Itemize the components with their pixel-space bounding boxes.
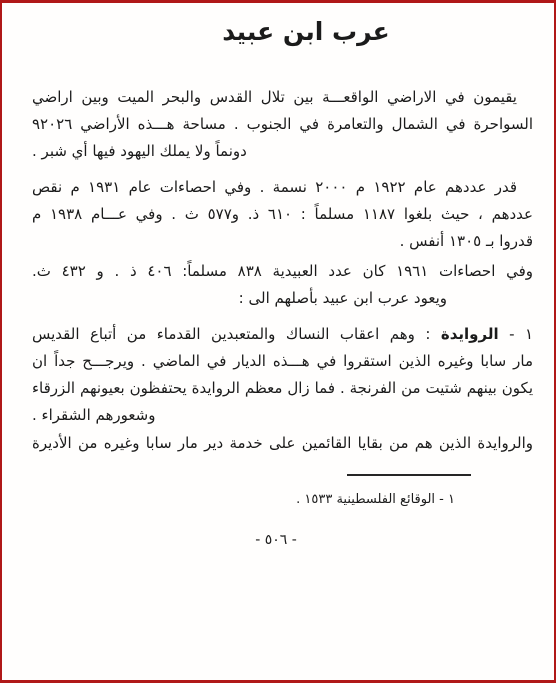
text-line: وشعورهم الشقراء . <box>32 402 533 429</box>
text-line: يقيمون في الاراضي الواقعـــة بين تلال ال… <box>32 84 533 111</box>
text-line: دونماً ولا يملك اليهود فيها أي شبر . <box>32 138 533 165</box>
paragraph-5: والروايدة الذين هم من بقايا القائمين على… <box>32 430 533 457</box>
text-line: يكون بينهم شتيت من الفرنجة . فما زال معظ… <box>32 375 533 402</box>
text-line: ١ - الروايدة : وهم اعقاب النساك والمتعبد… <box>32 321 533 348</box>
page-title: عرب ابن عبيد <box>190 15 422 49</box>
paragraph-2: قدر عددهم عام ١٩٢٢ م ٢٠٠٠ نسمة . وفي احص… <box>32 174 533 255</box>
text-run: : وهم اعقاب النساك والمتعبدين القدماء من… <box>32 325 441 343</box>
text-line: مار سابا وغيره الذين استقروا في هـــذه ا… <box>32 348 533 375</box>
footnote: ١ - الوقائع الفلسطينية ١٥٣٣ . <box>202 489 455 511</box>
paragraph-1: يقيمون في الاراضي الواقعـــة بين تلال ال… <box>32 84 533 165</box>
text-line: والروايدة الذين هم من بقايا القائمين على… <box>32 430 533 457</box>
footnote-separator <box>347 474 471 476</box>
text-line: قدر عددهم عام ١٩٢٢ م ٢٠٠٠ نسمة . وفي احص… <box>32 174 533 201</box>
term-rawaida: الروايدة <box>441 325 499 343</box>
text-line: وفي احصاءات ١٩٦١ كان عدد العبيدية ٨٣٨ مس… <box>32 258 533 285</box>
text-line: ويعود عرب ابن عبيد بأصلهم الى : <box>32 285 533 312</box>
list-item-number: ١ - <box>499 325 533 343</box>
paragraph-4: ١ - الروايدة : وهم اعقاب النساك والمتعبد… <box>32 321 533 429</box>
text-line: السواحرة في الشمال والتعامرة في الجنوب .… <box>32 111 533 138</box>
text-line: قدروا بـ ١٣٠٥ أنفس . <box>32 228 533 255</box>
text-line: عددهم ، حيث بلغوا ١١٨٧ مسلماً : ٦١٠ ذ. و… <box>32 201 533 228</box>
document-page: عرب ابن عبيد يقيمون في الاراضي الواقعـــ… <box>0 0 556 683</box>
paragraph-3: وفي احصاءات ١٩٦١ كان عدد العبيدية ٨٣٨ مس… <box>32 258 533 312</box>
page-number: - ٥٠٦ - <box>220 530 332 550</box>
